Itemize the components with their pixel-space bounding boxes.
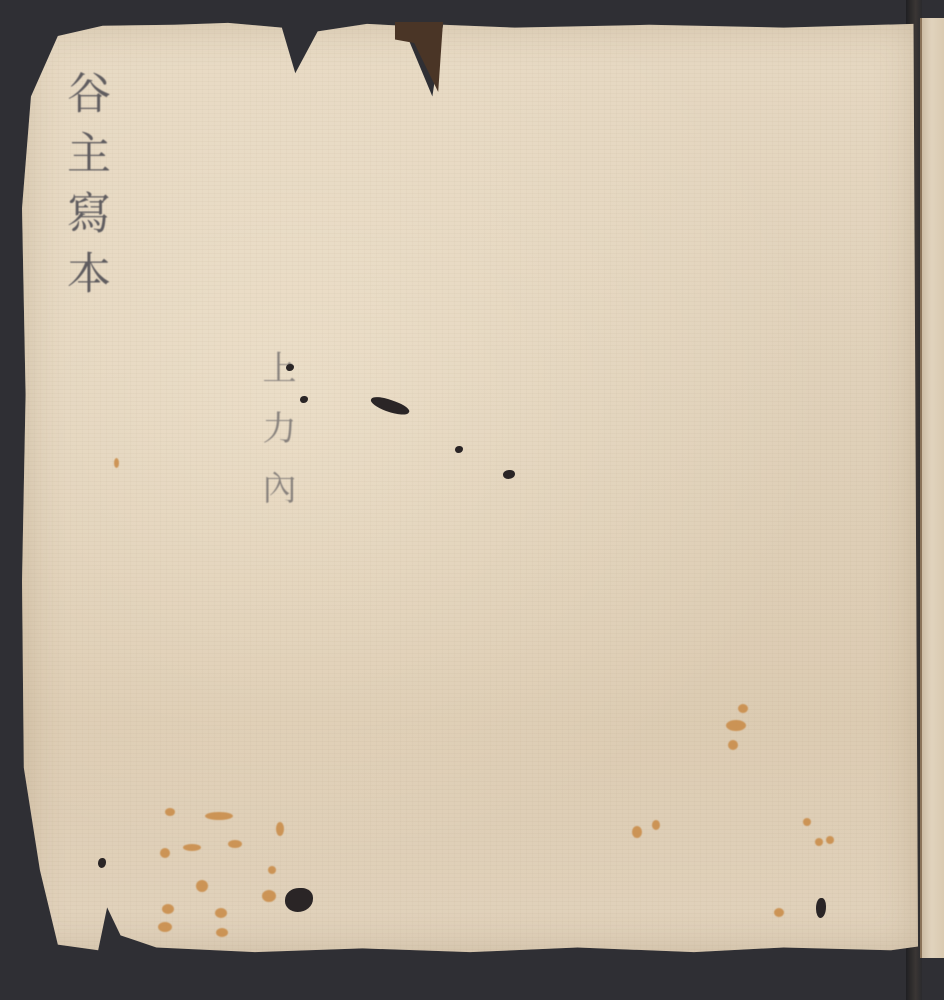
foxing-stain: [196, 880, 208, 892]
foxing-stain: [114, 458, 119, 468]
foxing-stain: [738, 704, 748, 713]
foxing-stain: [215, 908, 227, 918]
foxing-stain: [815, 838, 823, 846]
foxing-stain: [228, 840, 242, 848]
foxing-stain: [652, 820, 660, 830]
foxing-stain: [803, 818, 811, 826]
foxing-stain: [826, 836, 834, 844]
foxing-stain: [774, 908, 784, 917]
foxing-stain: [726, 720, 746, 731]
foxing-stain: [728, 740, 738, 750]
foxing-stain: [162, 904, 174, 914]
foxing-stain: [632, 826, 642, 838]
foxing-stain: [262, 890, 276, 902]
foxing-stain: [216, 928, 228, 937]
foxing-stain: [160, 848, 170, 858]
manuscript-page: [22, 22, 918, 954]
foxing-stain: [205, 812, 233, 820]
foxing-stain: [158, 922, 172, 932]
foxing-stain: [183, 844, 201, 851]
handwritten-column-center: 上力內: [252, 350, 301, 530]
foxing-stain: [165, 808, 175, 816]
foxing-stain: [276, 822, 284, 836]
foxing-stain: [268, 866, 276, 874]
adjacent-page-edge: [920, 18, 944, 958]
handwritten-column-left: 谷主寫本: [52, 70, 116, 310]
